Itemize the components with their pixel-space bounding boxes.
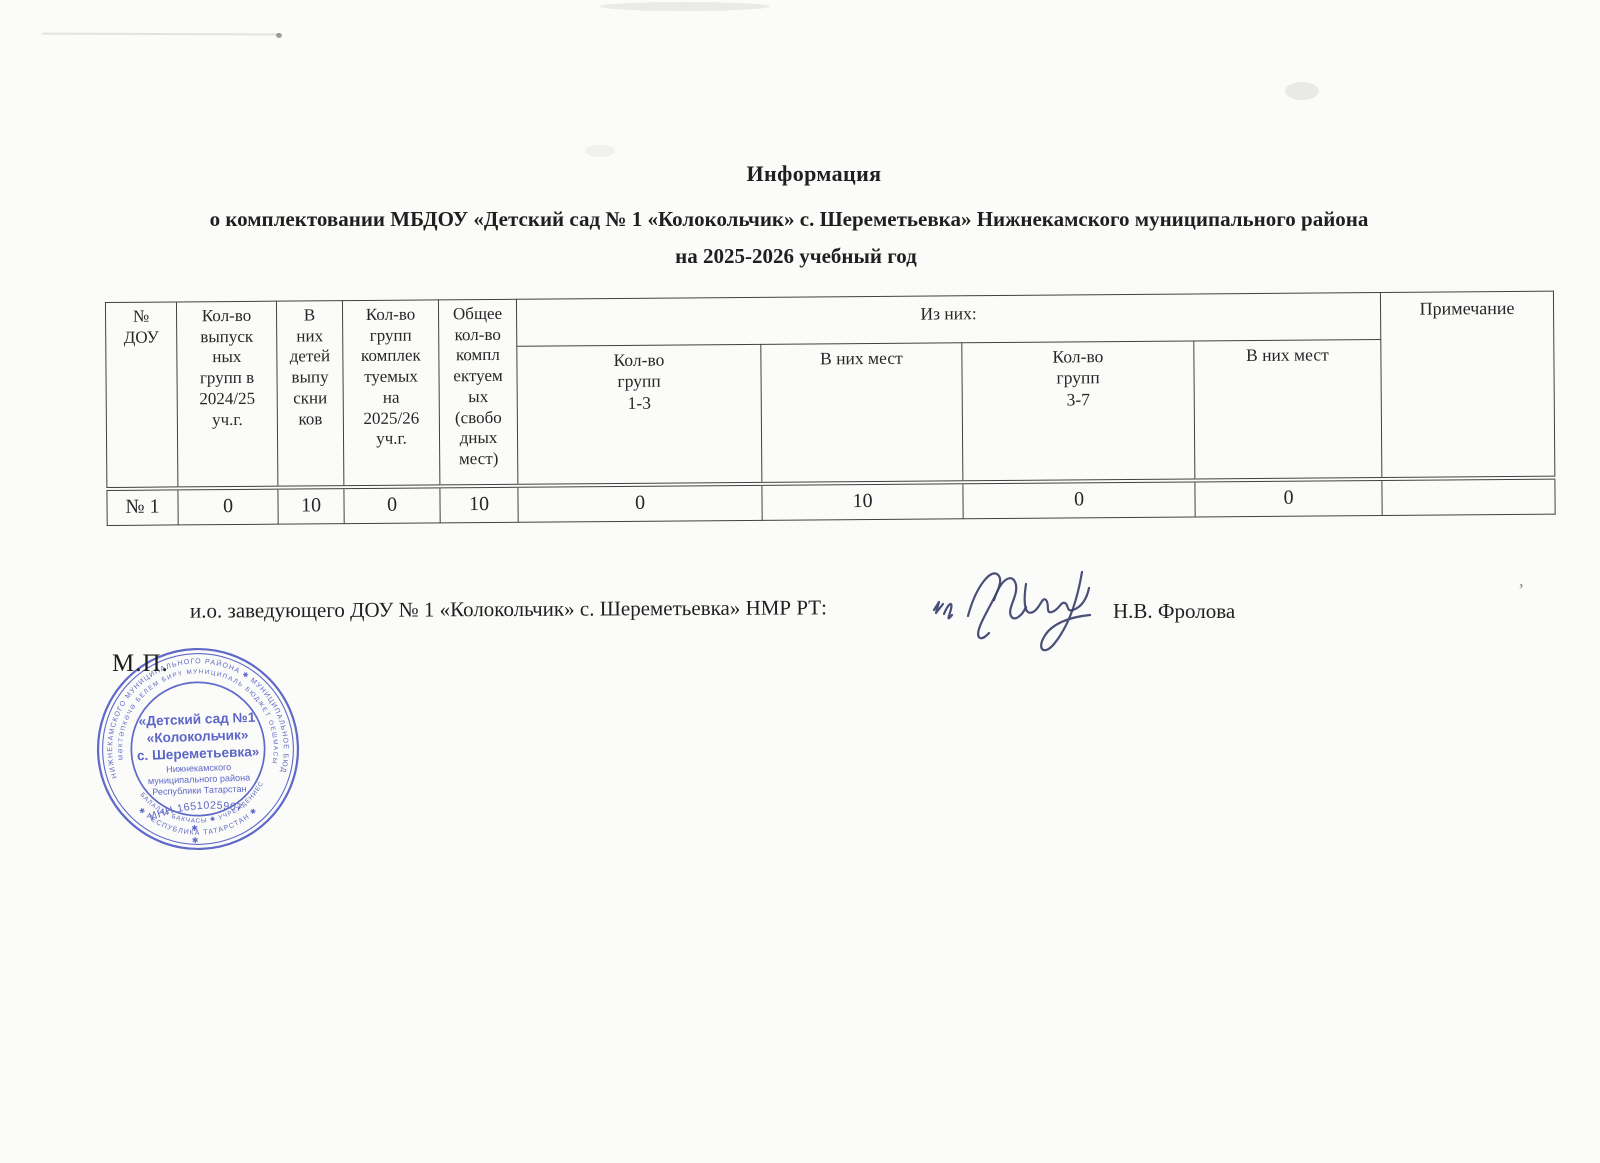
stamp-center-line6: Республики Татарстан: [152, 784, 247, 797]
staffing-table: № ДОУ Кол-во выпуск ных групп в 2024/25 …: [105, 291, 1556, 526]
col-header-groups-to-staff: Кол-во групп комплек туемых на 2025/26 у…: [342, 300, 439, 487]
cell-dou-number: № 1: [107, 488, 178, 525]
col-header-note: Примечание: [1380, 291, 1554, 478]
stamp-asterisk: ✱: [191, 824, 198, 833]
scan-artifact: [600, 2, 770, 11]
stamp-center-line1: «Детский сад №1: [138, 710, 256, 729]
col-header-dou-number: № ДОУ: [105, 302, 177, 489]
col-header-groups-1-3: Кол-во групп 1-3: [517, 344, 762, 485]
col-header-total-free-places: Общее кол-во компл ектуем ых (свобо дных…: [438, 299, 517, 486]
stamp-center-line4: Нижнекамского: [166, 762, 231, 774]
scanned-document-page: ’ Информация о комплектовании МБДОУ «Дет…: [0, 0, 1600, 1163]
scan-artifact: [42, 33, 280, 36]
signatory-title: и.о. заведующего ДОУ № 1 «Колокольчик» с…: [190, 595, 827, 623]
cell-note: [1382, 477, 1555, 515]
scan-artifact: [1285, 82, 1319, 100]
group-header-of-them: Из них:: [516, 292, 1380, 346]
staffing-table-wrapper: № ДОУ Кол-во выпуск ных групп в 2024/25 …: [105, 291, 1556, 526]
col-header-places-1-3: В них мест: [761, 343, 963, 484]
seal-place-mark: М.П.: [112, 650, 169, 678]
col-header-graduating-groups: Кол-во выпуск ных групп в 2024/25 уч.г.: [176, 301, 277, 488]
col-header-groups-3-7: Кол-во групп 3-7: [962, 341, 1195, 482]
cell-places-1-3: 10: [762, 482, 963, 520]
scan-artifact: ’: [1517, 580, 1523, 601]
col-header-graduating-children: В них детей выпу скни ков: [276, 301, 343, 488]
stamp-center-line3: с. Шереметьевка»: [137, 744, 260, 763]
document-subtitle-year: на 2025-2026 учебный год: [0, 244, 1592, 269]
document-title: Информация: [14, 161, 1600, 187]
cell-total-free-places: 10: [440, 485, 518, 522]
cell-places-3-7: 0: [1195, 478, 1382, 516]
scan-artifact: [585, 145, 615, 157]
stamp-asterisk: ✱: [192, 836, 199, 845]
cell-graduating-children: 10: [278, 487, 344, 524]
cell-groups-3-7: 0: [963, 480, 1195, 518]
col-header-places-3-7: В них мест: [1194, 339, 1382, 479]
document-subtitle: о комплектовании МБДОУ «Детский сад № 1 …: [0, 207, 1578, 232]
handwritten-signature: [928, 550, 1108, 668]
stamp-center-line2: «Колокольчик»: [146, 727, 248, 746]
cell-groups-1-3: 0: [518, 483, 762, 521]
cell-groups-to-staff: 0: [344, 486, 440, 523]
cell-graduating-groups: 0: [178, 487, 278, 524]
signatory-name: Н.В. Фролова: [1113, 599, 1235, 624]
scan-artifact: [276, 33, 282, 38]
